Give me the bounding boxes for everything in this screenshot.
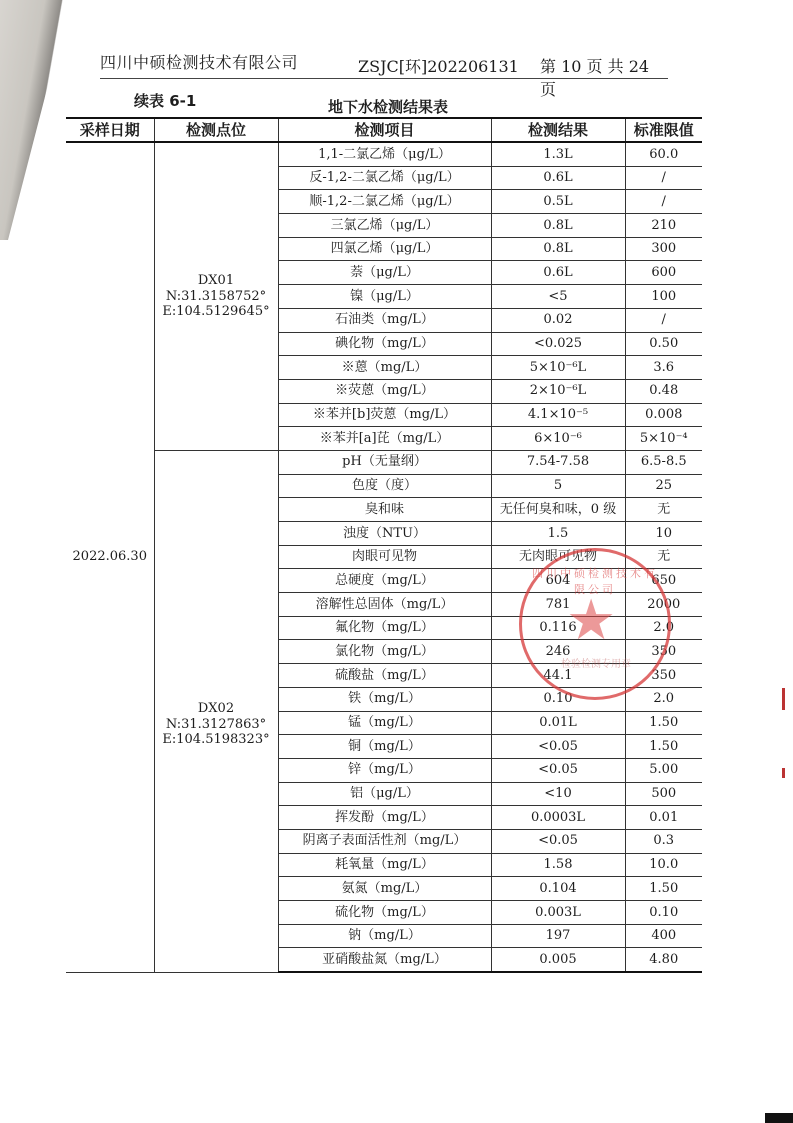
limit-cell: 3.6 [625, 356, 702, 380]
result-cell: 0.02 [491, 308, 625, 332]
result-cell: 无肉眼可见物 [491, 545, 625, 569]
point-lon: E:104.5198323° [162, 732, 269, 747]
item-cell: 1,1-二氯乙烯（μg/L） [278, 142, 491, 166]
result-cell: <5 [491, 285, 625, 309]
result-cell: <0.025 [491, 332, 625, 356]
result-cell: <10 [491, 782, 625, 806]
result-cell: 1.3L [491, 142, 625, 166]
item-cell: 挥发酚（mg/L） [278, 806, 491, 830]
limit-cell: 300 [625, 237, 702, 261]
report-number: ZSJC[环]202206131 [358, 54, 519, 77]
limit-cell: / [625, 308, 702, 332]
result-cell: 44.1 [491, 664, 625, 688]
result-cell: 0.5L [491, 190, 625, 214]
result-cell: <0.05 [491, 735, 625, 759]
sampling-point-cell: DX01N:31.3158752°E:104.5129645° [154, 142, 278, 450]
point-lon: E:104.5129645° [162, 304, 269, 319]
point-lat: N:31.3127863° [166, 717, 266, 732]
result-cell: 781 [491, 593, 625, 617]
scan-edge-mark [782, 688, 785, 710]
table-number: 续表 6-1 [134, 90, 196, 111]
result-cell: 0.01L [491, 711, 625, 735]
item-cell: 浊度（NTU） [278, 522, 491, 546]
result-cell: <0.05 [491, 758, 625, 782]
limit-cell: 100 [625, 285, 702, 309]
table-title: 地下水检测结果表 [328, 96, 448, 117]
result-cell: 5×10⁻⁶L [491, 356, 625, 380]
limit-cell: 1.50 [625, 877, 702, 901]
item-cell: 耗氧量（mg/L） [278, 853, 491, 877]
limit-cell: 0.01 [625, 806, 702, 830]
limit-cell: 600 [625, 261, 702, 285]
item-cell: 石油类（mg/L） [278, 308, 491, 332]
column-header-point: 检测点位 [154, 118, 278, 142]
limit-cell: 1.50 [625, 735, 702, 759]
scan-edge-mark [782, 768, 785, 778]
result-cell: 无任何臭和味，0 级 [491, 498, 625, 522]
result-cell: 197 [491, 924, 625, 948]
item-cell: ※荧蒽（mg/L） [278, 379, 491, 403]
item-cell: 总硬度（mg/L） [278, 569, 491, 593]
table-row: 2022.06.30DX01N:31.3158752°E:104.5129645… [66, 142, 702, 166]
result-cell: 604 [491, 569, 625, 593]
item-cell: 色度（度） [278, 474, 491, 498]
point-name: DX02 [198, 701, 234, 716]
result-cell: 0.104 [491, 877, 625, 901]
limit-cell: 无 [625, 545, 702, 569]
point-name: DX01 [198, 273, 234, 288]
sampling-point-cell: DX02N:31.3127863°E:104.5198323° [154, 450, 278, 972]
result-cell: <0.05 [491, 829, 625, 853]
limit-cell: 650 [625, 569, 702, 593]
item-cell: 萘（μg/L） [278, 261, 491, 285]
page-header: 四川中硕检测技术有限公司 ZSJC[环]202206131 第 10 页 共 2… [100, 48, 668, 79]
column-header-date: 采样日期 [66, 118, 154, 142]
result-cell: 0.8L [491, 214, 625, 238]
item-cell: 镍（μg/L） [278, 285, 491, 309]
limit-cell: 10 [625, 522, 702, 546]
item-cell: 铜（mg/L） [278, 735, 491, 759]
column-header-result: 检测结果 [491, 118, 625, 142]
limit-cell: 210 [625, 214, 702, 238]
result-cell: 246 [491, 640, 625, 664]
limit-cell: 5×10⁻⁴ [625, 427, 702, 451]
limit-cell: 350 [625, 640, 702, 664]
result-cell: 4.1×10⁻⁵ [491, 403, 625, 427]
limit-cell: 6.5-8.5 [625, 450, 702, 474]
result-cell: 1.58 [491, 853, 625, 877]
item-cell: 锰（mg/L） [278, 711, 491, 735]
item-cell: 硫化物（mg/L） [278, 901, 491, 925]
limit-cell: 0.3 [625, 829, 702, 853]
limit-cell: 1.50 [625, 711, 702, 735]
limit-cell: / [625, 190, 702, 214]
limit-cell: 25 [625, 474, 702, 498]
item-cell: 锌（mg/L） [278, 758, 491, 782]
item-cell: 铁（mg/L） [278, 687, 491, 711]
limit-cell: 0.50 [625, 332, 702, 356]
result-cell: 6×10⁻⁶ [491, 427, 625, 451]
column-header-limit: 标准限值 [625, 118, 702, 142]
result-cell: 0.005 [491, 948, 625, 972]
result-cell: 0.0003L [491, 806, 625, 830]
limit-cell: 10.0 [625, 853, 702, 877]
limit-cell: 无 [625, 498, 702, 522]
groundwater-results-table: 采样日期 检测点位 检测项目 检测结果 标准限值 2022.06.30DX01N… [66, 117, 702, 973]
item-cell: ※苯并[a]芘（mg/L） [278, 427, 491, 451]
limit-cell: 5.00 [625, 758, 702, 782]
item-cell: 碘化物（mg/L） [278, 332, 491, 356]
result-cell: 7.54-7.58 [491, 450, 625, 474]
item-cell: pH（无量纲） [278, 450, 491, 474]
table-row: DX02N:31.3127863°E:104.5198323°pH（无量纲）7.… [66, 450, 702, 474]
item-cell: 氟化物（mg/L） [278, 616, 491, 640]
result-cell: 0.116 [491, 616, 625, 640]
limit-cell: 2000 [625, 593, 702, 617]
table-body: 2022.06.30DX01N:31.3158752°E:104.5129645… [66, 142, 702, 972]
item-cell: 硫酸盐（mg/L） [278, 664, 491, 688]
result-cell: 1.5 [491, 522, 625, 546]
item-cell: ※苯并[b]荧蒽（mg/L） [278, 403, 491, 427]
limit-cell: / [625, 166, 702, 190]
table-header-row: 采样日期 检测点位 检测项目 检测结果 标准限值 [66, 118, 702, 142]
column-header-item: 检测项目 [278, 118, 491, 142]
result-cell: 0.6L [491, 166, 625, 190]
result-cell: 0.6L [491, 261, 625, 285]
item-cell: 反-1,2-二氯乙烯（μg/L） [278, 166, 491, 190]
limit-cell: 0.008 [625, 403, 702, 427]
item-cell: 臭和味 [278, 498, 491, 522]
result-cell: 0.10 [491, 687, 625, 711]
limit-cell: 2.0 [625, 687, 702, 711]
item-cell: 四氯乙烯（μg/L） [278, 237, 491, 261]
result-cell: 0.8L [491, 237, 625, 261]
limit-cell: 350 [625, 664, 702, 688]
result-cell: 5 [491, 474, 625, 498]
item-cell: 氨氮（mg/L） [278, 877, 491, 901]
limit-cell: 0.48 [625, 379, 702, 403]
limit-cell: 0.10 [625, 901, 702, 925]
item-cell: 顺-1,2-二氯乙烯（μg/L） [278, 190, 491, 214]
item-cell: 亚硝酸盐氮（mg/L） [278, 948, 491, 972]
scanned-page-fold-shadow [0, 0, 70, 240]
scan-corner-mark [765, 1113, 793, 1123]
item-cell: 铝（μg/L） [278, 782, 491, 806]
item-cell: ※蒽（mg/L） [278, 356, 491, 380]
point-lat: N:31.3158752° [166, 289, 266, 304]
item-cell: 三氯乙烯（μg/L） [278, 214, 491, 238]
result-cell: 2×10⁻⁶L [491, 379, 625, 403]
limit-cell: 60.0 [625, 142, 702, 166]
limit-cell: 400 [625, 924, 702, 948]
item-cell: 溶解性总固体（mg/L） [278, 593, 491, 617]
item-cell: 氯化物（mg/L） [278, 640, 491, 664]
limit-cell: 2.0 [625, 616, 702, 640]
page-indicator: 第 10 页 共 24 页 [540, 54, 668, 100]
item-cell: 肉眼可见物 [278, 545, 491, 569]
limit-cell: 500 [625, 782, 702, 806]
result-cell: 0.003L [491, 901, 625, 925]
sampling-date-cell: 2022.06.30 [66, 142, 154, 972]
item-cell: 钠（mg/L） [278, 924, 491, 948]
company-name: 四川中硕检测技术有限公司 [100, 50, 298, 73]
limit-cell: 4.80 [625, 948, 702, 972]
item-cell: 阴离子表面活性剂（mg/L） [278, 829, 491, 853]
